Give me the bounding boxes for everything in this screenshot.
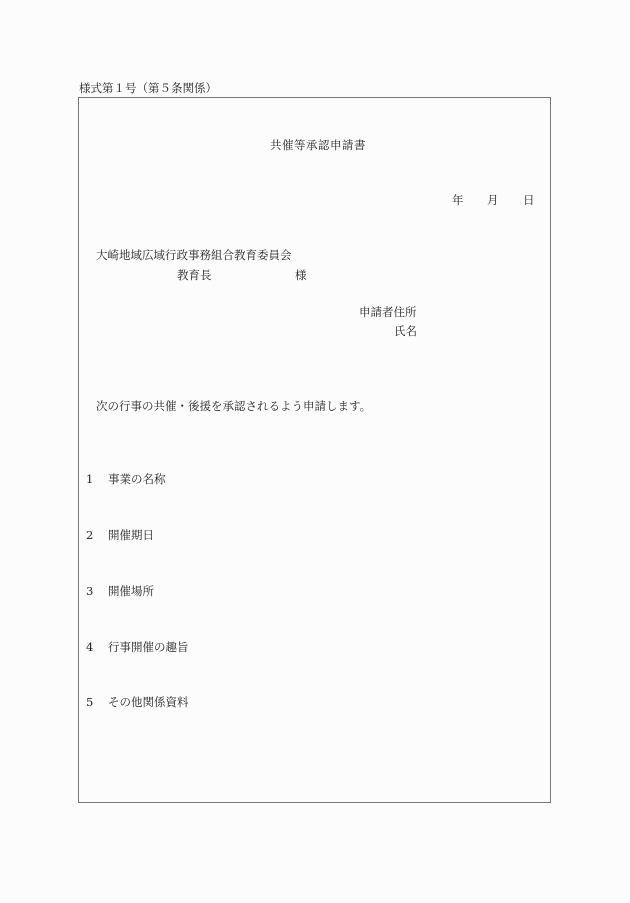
item-number: 3 [86,584,93,598]
addressee-organization: 大崎地域広域行政事務組合教育委員会 [96,248,292,262]
form-number: 様式第１号（第５条関係） [79,81,217,95]
item-number: 1 [86,472,93,486]
item-label-event-purpose: 行事開催の趣旨 [108,640,189,654]
item-label-other-materials: その他関係資料 [108,695,189,709]
date-month-label: 月 [487,193,499,207]
addressee-title: 教育長 [177,268,212,282]
date-day-label: 日 [523,193,535,207]
item-label-event-venue: 開催場所 [108,584,154,598]
item-label-event-date: 開催期日 [108,528,154,542]
item-number: 5 [86,695,93,709]
item-number: 4 [86,640,93,654]
request-text: 次の行事の共催・後援を承認されるよう申請します。 [96,399,371,413]
applicant-address-label: 申請者住所 [359,305,417,319]
item-label-event-name: 事業の名称 [108,472,166,486]
date-year-label: 年 [452,193,464,207]
item-number: 2 [86,528,93,542]
applicant-name-label: 氏名 [394,324,417,338]
document-title: 共催等承認申請書 [270,138,366,152]
addressee-honorific: 様 [295,268,307,282]
